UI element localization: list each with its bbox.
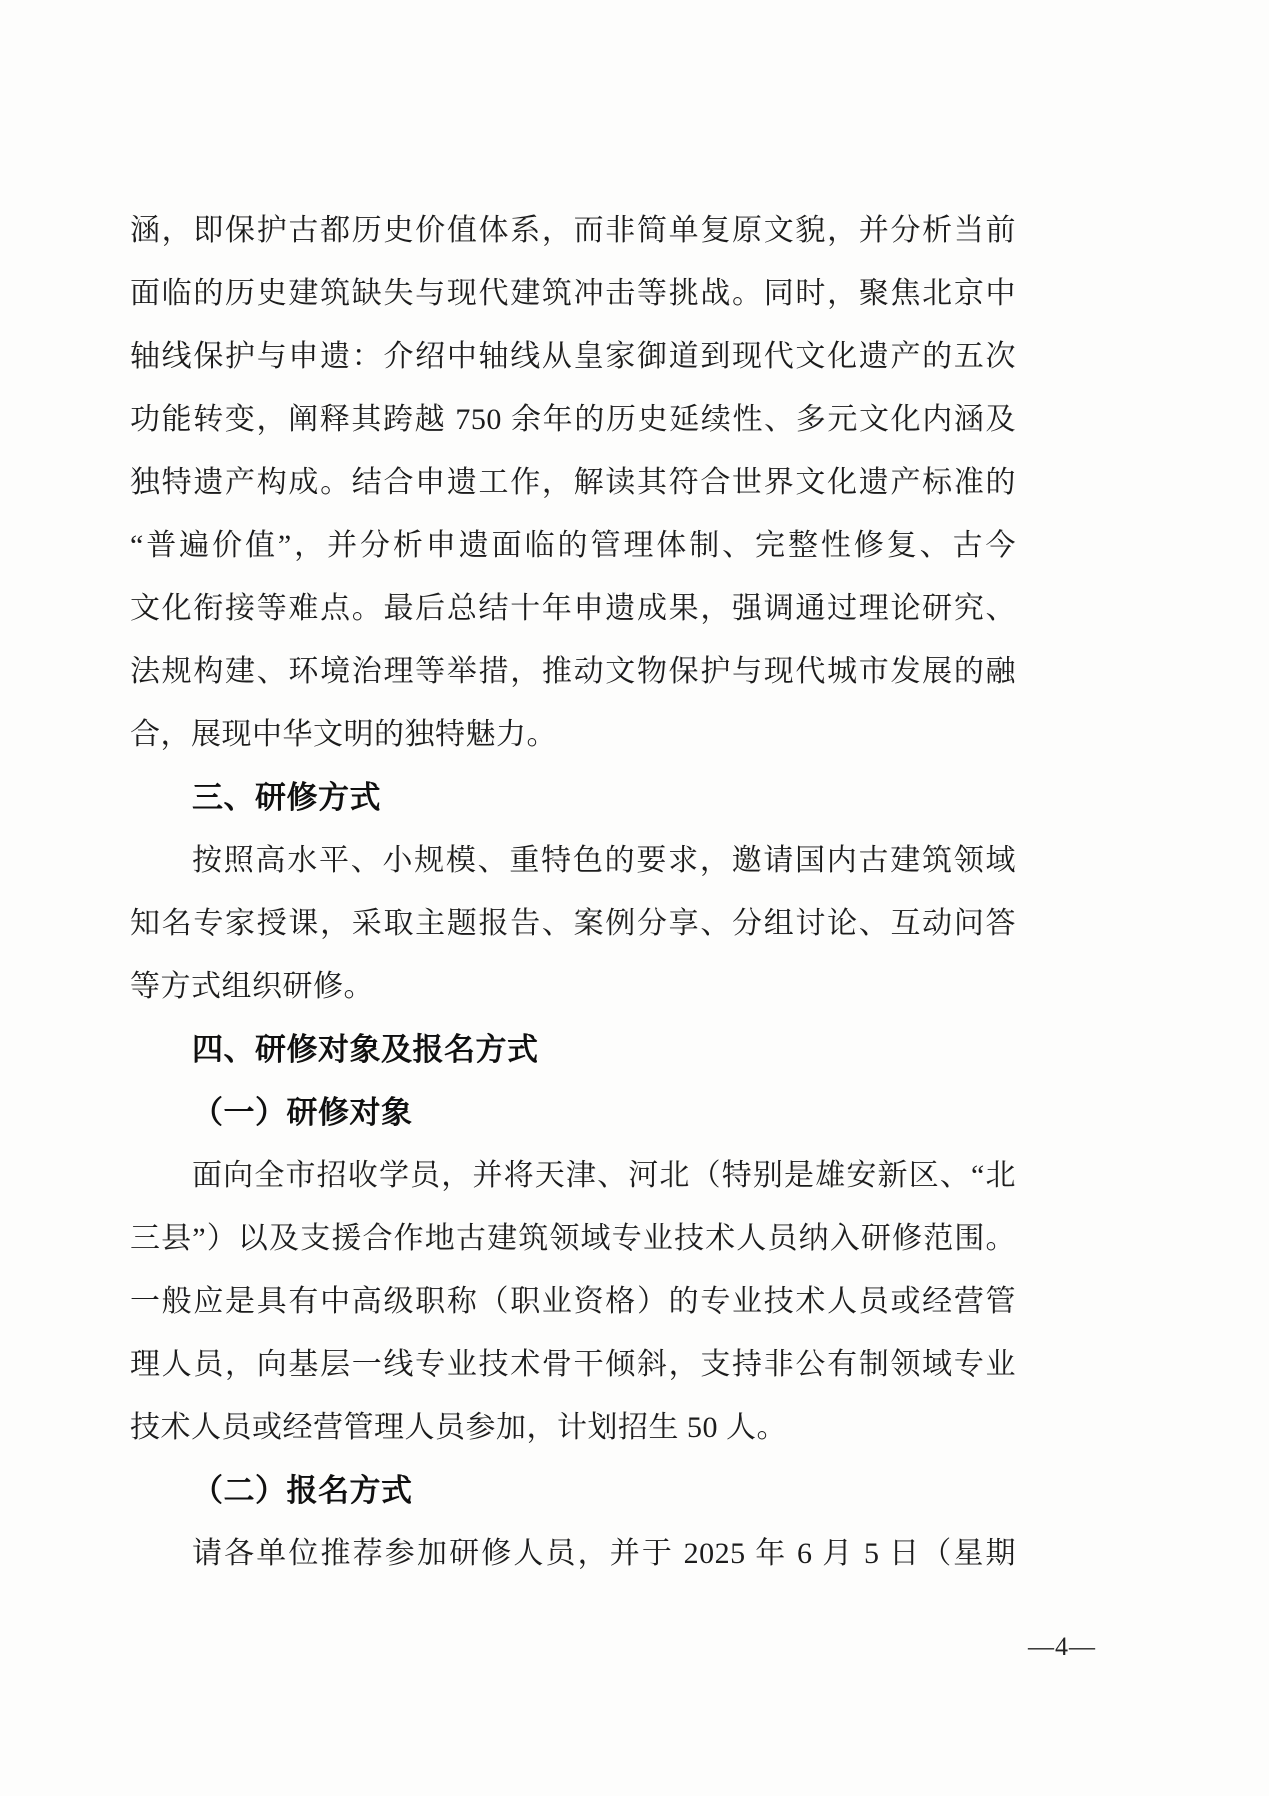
text-line: 面临的历史建筑缺失与现代建筑冲击等挑战。同时，聚焦北京中 (130, 262, 1016, 325)
section-heading: （二）报名方式 (130, 1459, 1016, 1522)
text-line: 功能转变，阐释其跨越 750 余年的历史延续性、多元文化内涵及 (130, 388, 1016, 451)
text-line: “普遍价值”，并分析申遗面临的管理体制、完整性修复、古今 (130, 514, 1016, 577)
section-heading: 四、研修对象及报名方式 (130, 1018, 1016, 1081)
text-line: 合，展现中华文明的独特魅力。 (130, 703, 1016, 766)
text-line: 涵，即保护古都历史价值体系，而非简单复原文貌，并分析当前 (130, 199, 1016, 262)
text-line: 面向全市招收学员，并将天津、河北（特别是雄安新区、“北 (130, 1144, 1016, 1207)
page-number: —4— (1028, 1632, 1096, 1662)
section-heading: 三、研修方式 (130, 766, 1016, 829)
text-line: 等方式组织研修。 (130, 955, 1016, 1018)
text-line: 法规构建、环境治理等举措，推动文物保护与现代城市发展的融 (130, 640, 1016, 703)
text-line: 请各单位推荐参加研修人员，并于 2025 年 6 月 5 日（星期 (130, 1522, 1016, 1585)
text-line: 一般应是具有中高级职称（职业资格）的专业技术人员或经营管 (130, 1270, 1016, 1333)
text-line: 独特遗产构成。结合申遗工作，解读其符合世界文化遗产标准的 (130, 451, 1016, 514)
text-line: 按照高水平、小规模、重特色的要求，邀请国内古建筑领域 (130, 829, 1016, 892)
document-page: 涵，即保护古都历史价值体系，而非简单复原文貌，并分析当前面临的历史建筑缺失与现代… (0, 0, 1269, 1796)
text-line: 知名专家授课，采取主题报告、案例分享、分组讨论、互动问答 (130, 892, 1016, 955)
section-heading: （一）研修对象 (130, 1081, 1016, 1144)
text-line: 三县”）以及支援合作地古建筑领域专业技术人员纳入研修范围。 (130, 1207, 1016, 1270)
text-line: 技术人员或经营管理人员参加，计划招生 50 人。 (130, 1396, 1016, 1459)
text-line: 文化衔接等难点。最后总结十年申遗成果，强调通过理论研究、 (130, 577, 1016, 640)
text-line: 理人员，向基层一线专业技术骨干倾斜，支持非公有制领域专业 (130, 1333, 1016, 1396)
text-line: 轴线保护与申遗：介绍中轴线从皇家御道到现代文化遗产的五次 (130, 325, 1016, 388)
document-body: 涵，即保护古都历史价值体系，而非简单复原文貌，并分析当前面临的历史建筑缺失与现代… (130, 199, 1016, 1585)
